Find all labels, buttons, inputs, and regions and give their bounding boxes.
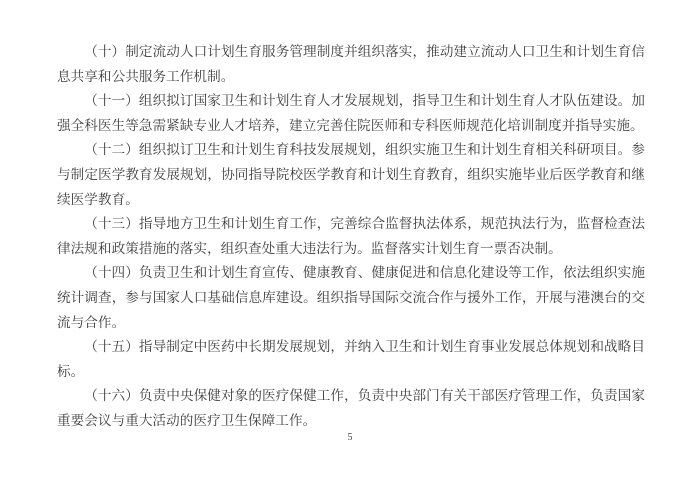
paragraph-item-12: （十二）组织拟订卫生和计划生育科技发展规划，组织实施卫生和计划生育相关科研项目。… [57,138,645,212]
page-number: 5 [0,432,700,443]
paragraph-item-16: （十六）负责中央保健对象的医疗保健工作，负责中央部门有关干部医疗管理工作，负责国… [57,384,645,433]
paragraph-item-10: （十）制定流动人口计划生育服务管理制度并组织落实，推动建立流动人口卫生和计划生育… [57,40,645,89]
paragraph-item-15: （十五）指导制定中医药中长期发展规划，并纳入卫生和计划生育事业发展总体规划和战略… [57,335,645,384]
document-body: （十）制定流动人口计划生育服务管理制度并组织落实，推动建立流动人口卫生和计划生育… [57,40,645,434]
paragraph-item-11: （十一）组织拟订国家卫生和计划生育人才发展规划，指导卫生和计划生育人才队伍建设。… [57,89,645,138]
paragraph-item-14: （十四）负责卫生和计划生育宣传、健康教育、健康促进和信息化建设等工作，依法组织实… [57,261,645,335]
document-page: （十）制定流动人口计划生育服务管理制度并组织落实，推动建立流动人口卫生和计划生育… [0,0,700,480]
paragraph-item-13: （十三）指导地方卫生和计划生育工作，完善综合监督执法体系，规范执法行为，监督检查… [57,212,645,261]
